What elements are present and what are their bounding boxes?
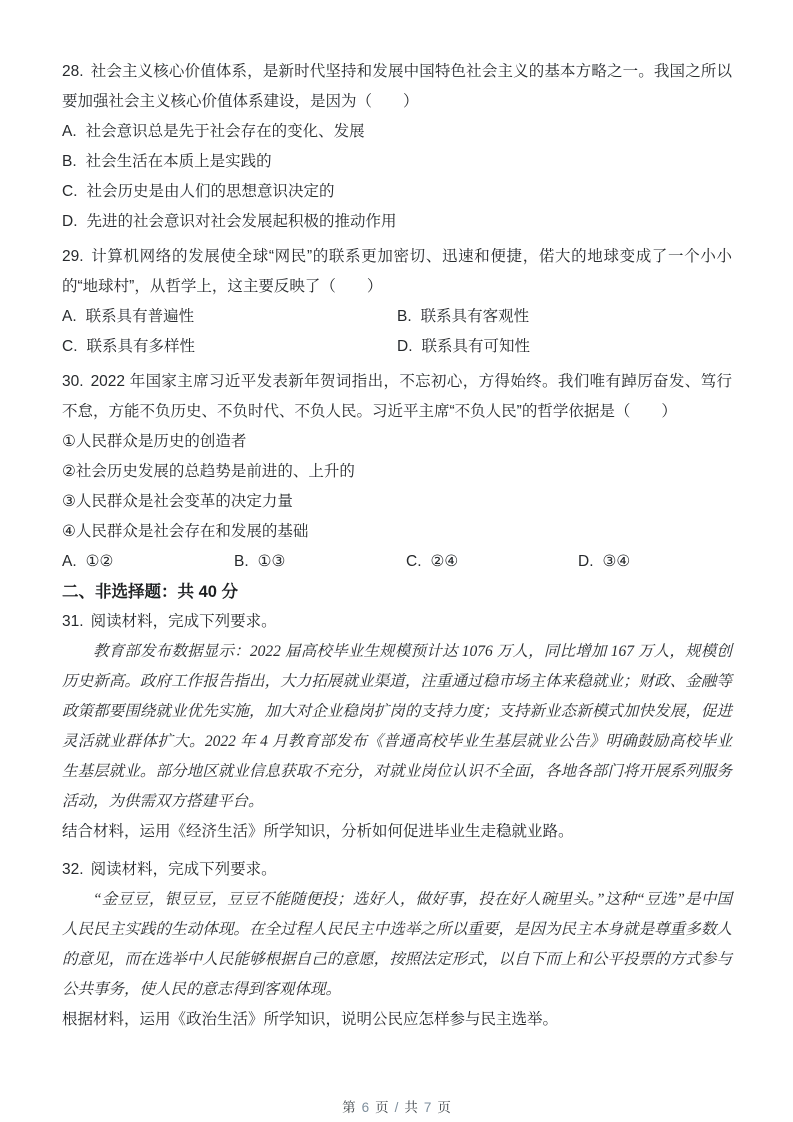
question-29-option-a: A.联系具有普遍性 — [62, 302, 397, 332]
question-28-option-c: C.社会历史是由人们的思想意识决定的 — [62, 177, 732, 207]
question-32-intro: 32.阅读材料，完成下列要求。 — [62, 855, 732, 885]
option-d-label: D. — [397, 338, 413, 355]
option-c-label: C. — [406, 553, 422, 570]
question-30-item-4: ④人民群众是社会存在和发展的基础 — [62, 517, 732, 547]
question-30-option-b: B.①③ — [234, 547, 406, 577]
exam-content: 28.社会主义核心价值体系，是新时代坚持和发展中国特色社会主义的基本方略之一。我… — [62, 57, 732, 1035]
question-30-option-c: C.②④ — [406, 547, 578, 577]
option-c-label: C. — [62, 338, 78, 355]
option-a-label: A. — [62, 123, 77, 140]
option-d-text: 联系具有可知性 — [422, 338, 531, 355]
question-31: 31.阅读材料，完成下列要求。 教育部发布数据显示：2022 届高校毕业生规模预… — [62, 607, 732, 847]
option-d-text: 先进的社会意识对社会发展起积极的推动作用 — [87, 213, 397, 230]
question-31-material: 教育部发布数据显示：2022 届高校毕业生规模预计达 1076 万人，同比增加 … — [62, 637, 732, 817]
question-29: 29.计算机网络的发展使全球“网民”的联系更加密切、迅速和便捷，偌大的地球变成了… — [62, 242, 732, 362]
question-30-stem: 30.2022 年国家主席习近平发表新年贺词指出，不忘初心，方得始终。我们唯有踔… — [62, 367, 732, 427]
question-29-options-row-2: C.联系具有多样性 D.联系具有可知性 — [62, 332, 732, 362]
footer-label-ye-1: 页 — [372, 1100, 392, 1115]
question-29-options-row-1: A.联系具有普遍性 B.联系具有客观性 — [62, 302, 732, 332]
option-d-label: D. — [578, 553, 594, 570]
question-30-item-3: ③人民群众是社会变革的决定力量 — [62, 487, 732, 517]
option-a-label: A. — [62, 308, 77, 325]
option-c-label: C. — [62, 183, 78, 200]
question-29-option-b: B.联系具有客观性 — [397, 302, 732, 332]
footer-label-ye-2: 页 — [434, 1100, 454, 1115]
footer-label-gong: 共 — [401, 1100, 421, 1115]
question-30-options-row: A.①② B.①③ C.②④ D.③④ — [62, 547, 732, 577]
question-28-option-d: D.先进的社会意识对社会发展起积极的推动作用 — [62, 207, 732, 237]
option-a-text: 联系具有普遍性 — [86, 308, 195, 325]
footer-total-pages-number: 7 — [421, 1100, 435, 1115]
question-28-stem: 28.社会主义核心价值体系，是新时代坚持和发展中国特色社会主义的基本方略之一。我… — [62, 57, 732, 117]
question-29-option-c: C.联系具有多样性 — [62, 332, 397, 362]
question-32-number: 32. — [62, 861, 84, 878]
question-30-number: 30. — [62, 373, 84, 390]
question-29-stem: 29.计算机网络的发展使全球“网民”的联系更加密切、迅速和便捷，偌大的地球变成了… — [62, 242, 732, 302]
question-32: 32.阅读材料，完成下列要求。 “金豆豆，银豆豆，豆豆不能随便投；选好人，做好事… — [62, 855, 732, 1035]
question-31-intro: 31.阅读材料，完成下列要求。 — [62, 607, 732, 637]
question-31-number: 31. — [62, 613, 84, 630]
question-32-task: 根据材料，运用《政治生活》所学知识，说明公民应怎样参与民主选举。 — [62, 1005, 732, 1035]
option-b-text: 社会生活在本质上是实践的 — [86, 153, 272, 170]
option-b-text: 联系具有客观性 — [421, 308, 530, 325]
question-32-intro-text: 阅读材料，完成下列要求。 — [91, 861, 277, 878]
question-30-option-a: A.①② — [62, 547, 234, 577]
footer-slash: / — [392, 1100, 402, 1115]
question-29-option-d: D.联系具有可知性 — [397, 332, 732, 362]
question-28-stem-text: 社会主义核心价值体系，是新时代坚持和发展中国特色社会主义的基本方略之一。我国之所… — [62, 63, 732, 110]
option-a-text: 社会意识总是先于社会存在的变化、发展 — [86, 123, 365, 140]
option-b-label: B. — [397, 308, 412, 325]
question-30-option-d: D.③④ — [578, 547, 732, 577]
question-28: 28.社会主义核心价值体系，是新时代坚持和发展中国特色社会主义的基本方略之一。我… — [62, 57, 732, 237]
question-31-task: 结合材料，运用《经济生活》所学知识，分析如何促进毕业生走稳就业路。 — [62, 817, 732, 847]
question-28-number: 28. — [62, 63, 84, 80]
option-a-text: ①② — [86, 553, 114, 570]
question-28-option-a: A.社会意识总是先于社会存在的变化、发展 — [62, 117, 732, 147]
question-29-number: 29. — [62, 248, 84, 265]
question-30-item-2: ②社会历史发展的总趋势是前进的、上升的 — [62, 457, 732, 487]
option-d-label: D. — [62, 213, 78, 230]
option-c-text: 联系具有多样性 — [87, 338, 196, 355]
option-a-label: A. — [62, 553, 77, 570]
option-c-text: ②④ — [431, 553, 459, 570]
footer-current-page-number: 6 — [359, 1100, 373, 1115]
question-30-stem-text: 2022 年国家主席习近平发表新年贺词指出，不忘初心，方得始终。我们唯有踔厉奋发… — [62, 373, 732, 420]
question-30: 30.2022 年国家主席习近平发表新年贺词指出，不忘初心，方得始终。我们唯有踔… — [62, 367, 732, 577]
page-footer: 第6页/共7页 — [0, 1098, 793, 1118]
option-d-text: ③④ — [603, 553, 631, 570]
section-2-heading: 二、非选择题：共 40 分 — [62, 577, 732, 607]
option-b-label: B. — [234, 553, 249, 570]
question-32-material: “金豆豆，银豆豆，豆豆不能随便投；选好人，做好事，投在好人碗里头。”这种“豆选”… — [62, 885, 732, 1005]
option-c-text: 社会历史是由人们的思想意识决定的 — [87, 183, 335, 200]
question-29-stem-text: 计算机网络的发展使全球“网民”的联系更加密切、迅速和便捷，偌大的地球变成了一个小… — [62, 248, 732, 295]
question-31-intro-text: 阅读材料，完成下列要求。 — [91, 613, 277, 630]
question-30-item-1: ①人民群众是历史的创造者 — [62, 427, 732, 457]
option-b-text: ①③ — [258, 553, 286, 570]
footer-label-di: 第 — [339, 1100, 359, 1115]
option-b-label: B. — [62, 153, 77, 170]
exam-page: 28.社会主义核心价值体系，是新时代坚持和发展中国特色社会主义的基本方略之一。我… — [0, 0, 793, 1122]
question-28-option-b: B.社会生活在本质上是实践的 — [62, 147, 732, 177]
